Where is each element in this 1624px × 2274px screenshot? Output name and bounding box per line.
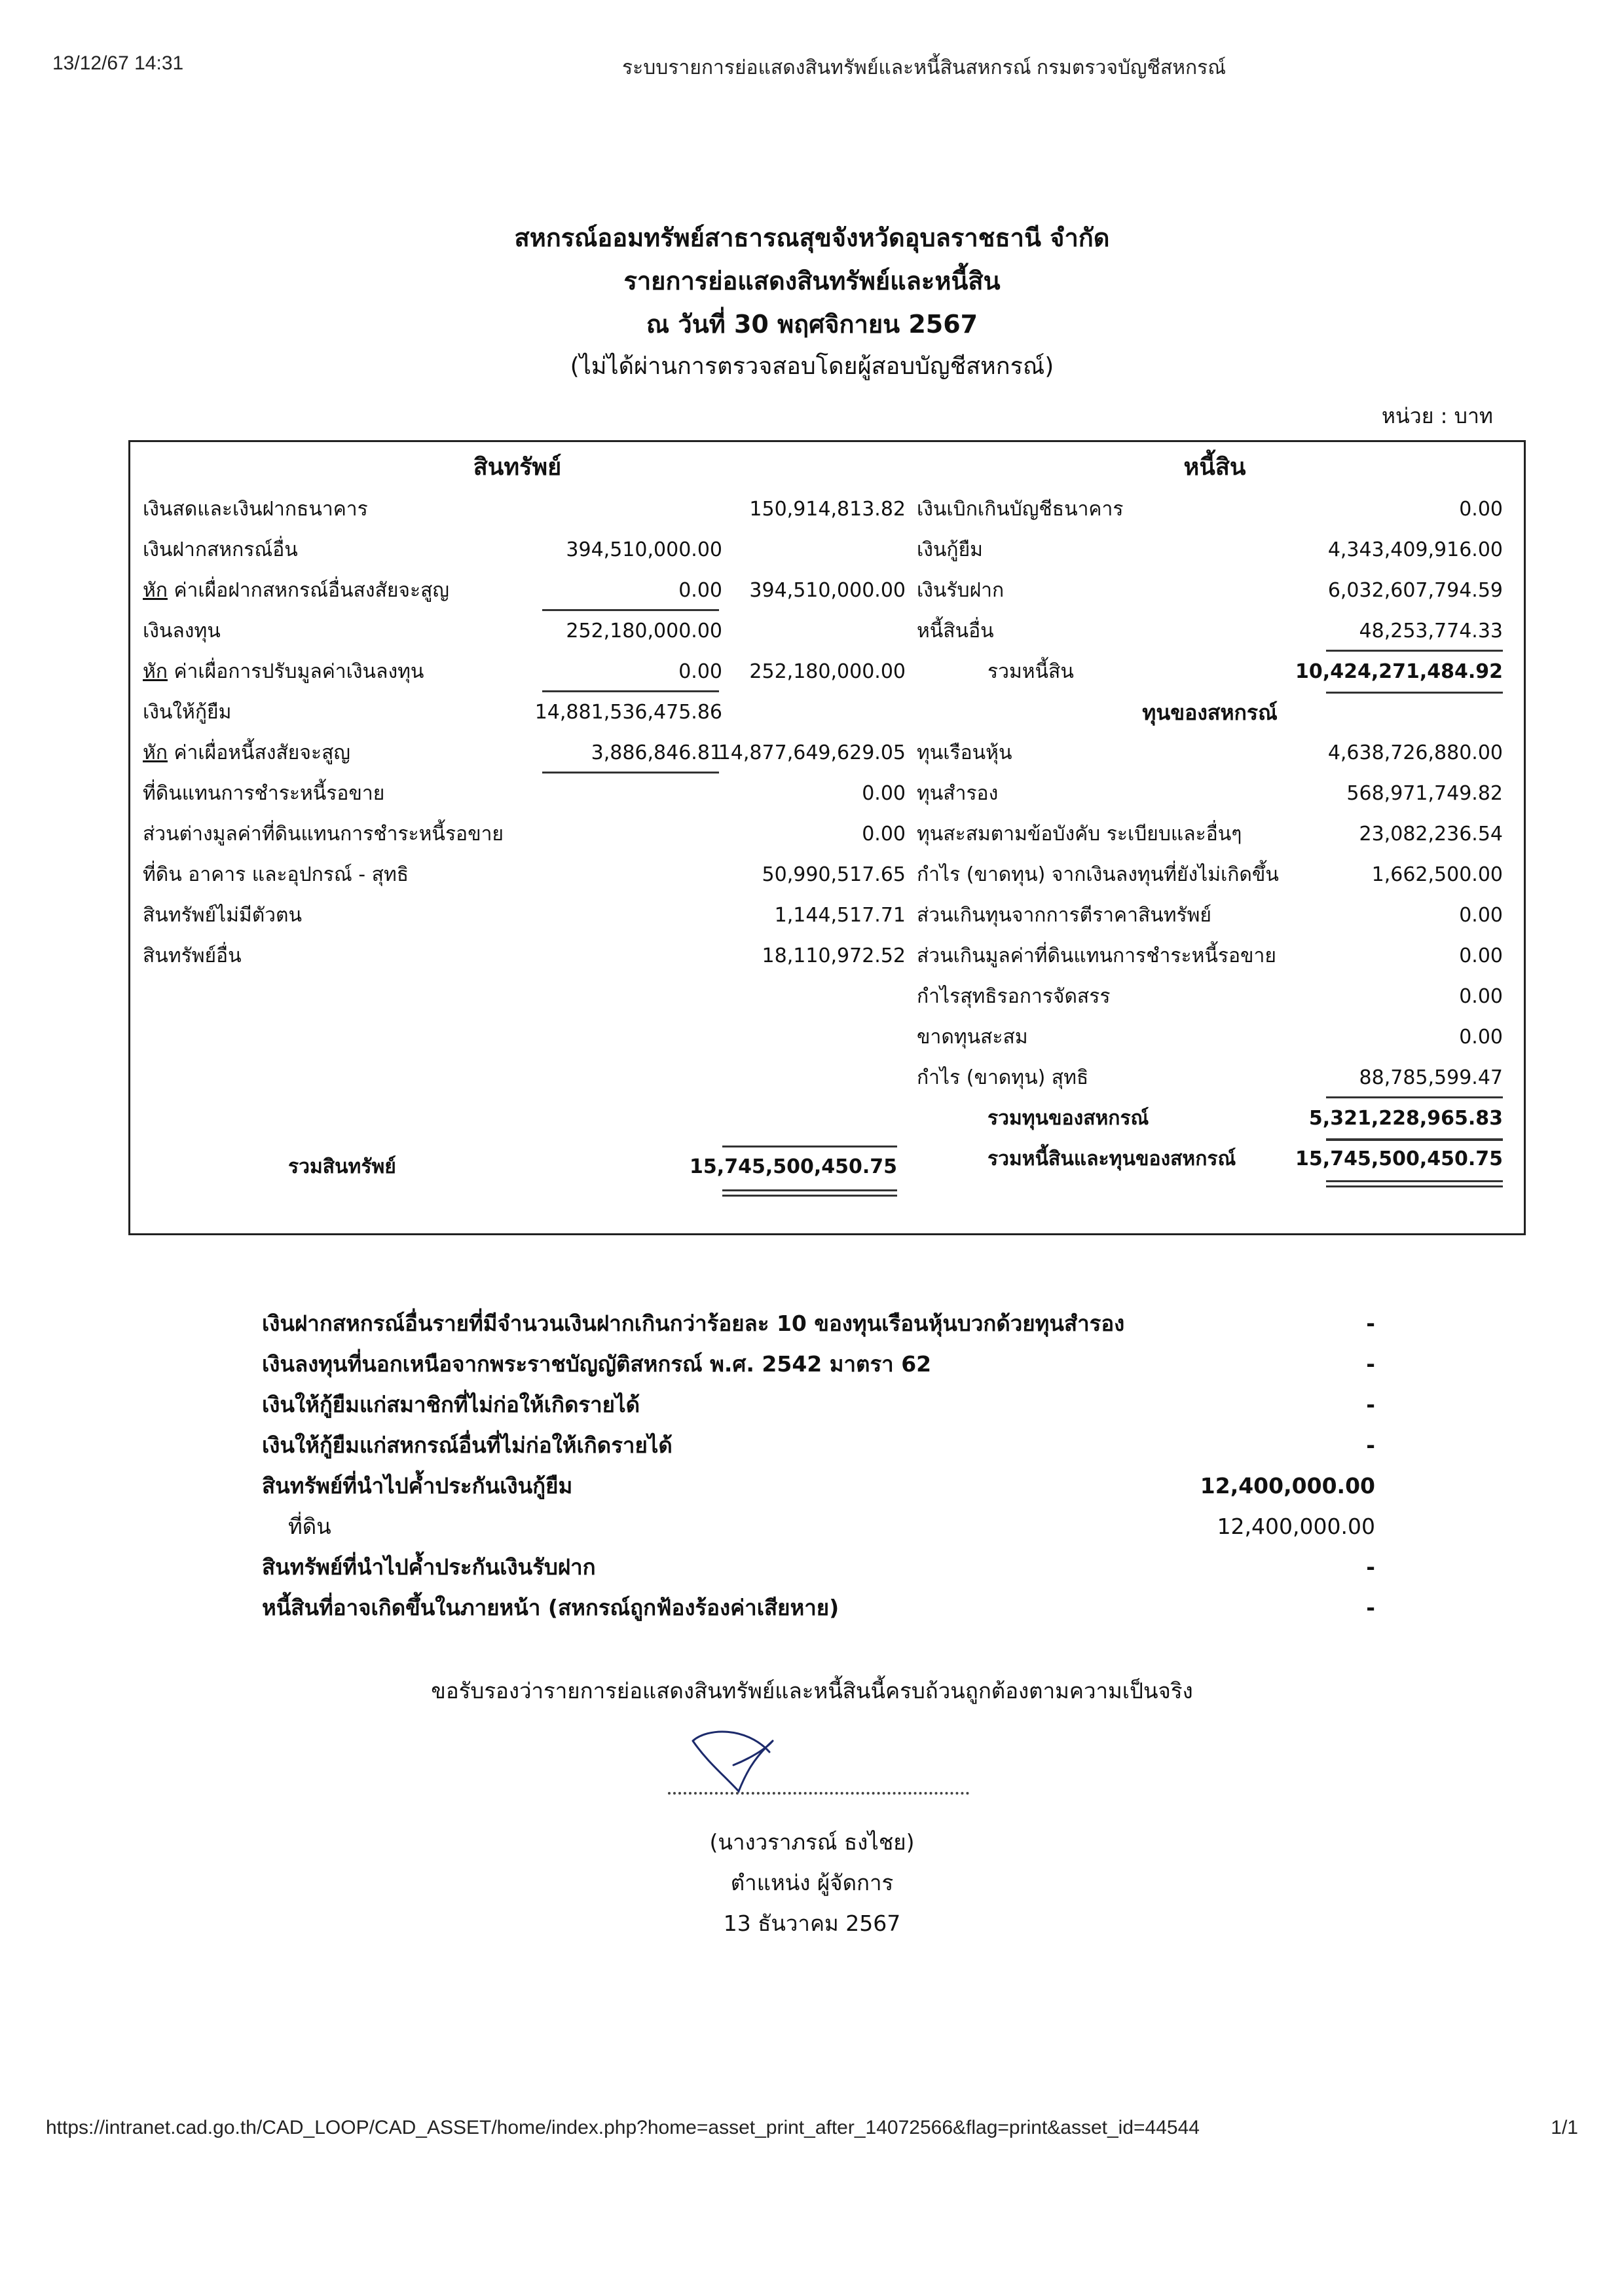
note-value: - xyxy=(1366,1303,1375,1344)
assets-heading: สินทรัพย์ xyxy=(131,448,904,485)
signature-icon xyxy=(688,1723,792,1795)
asset-label: เงินสดและเงินฝากธนาคาร xyxy=(143,490,368,529)
note-label: เงินลงทุนที่นอกเหนือจากพระราชบัญญัติสหกร… xyxy=(262,1344,931,1385)
equity-total-value: 5,321,228,965.83 xyxy=(1309,1099,1503,1138)
equity-row: ส่วนเกินมูลค่าที่ดินแทนการชำระหนี้รอขาย0… xyxy=(917,937,1503,976)
equity-value: 0.00 xyxy=(1459,977,1503,1016)
asset-label: ที่ดินแทนการชำระหนี้รอขาย xyxy=(143,774,384,813)
asset-row: หัก ค่าเผื่อหนี้สงสัยจะสูญ3,886,846.8114… xyxy=(143,734,906,773)
rule xyxy=(722,1146,897,1147)
note-row: เงินลงทุนที่นอกเหนือจากพระราชบัญญัติสหกร… xyxy=(262,1344,1375,1385)
asset-sub-value: 252,180,000.00 xyxy=(566,612,722,651)
print-datetime: 13/12/67 14:31 xyxy=(52,52,183,75)
liability-label: เงินเบิกเกินบัญชีธนาคาร xyxy=(917,490,1123,529)
note-value: - xyxy=(1366,1385,1375,1425)
note-row: หนี้สินที่อาจเกิดขึ้นในภายหน้า (สหกรณ์ถู… xyxy=(262,1588,1375,1628)
asset-label: เงินฝากสหกรณ์อื่น xyxy=(143,531,298,570)
equity-value: 88,785,599.47 xyxy=(1359,1058,1503,1098)
equity-row: ทุนเรือนหุ้น4,638,726,880.00 xyxy=(917,734,1503,773)
asset-row: เงินให้กู้ยืม14,881,536,475.86 xyxy=(143,693,906,732)
liability-row: เงินรับฝาก6,032,607,794.59 xyxy=(917,571,1503,610)
liability-row: เงินกู้ยืม4,343,409,916.00 xyxy=(917,531,1503,570)
equity-label: กำไร (ขาดทุน) สุทธิ xyxy=(917,1058,1088,1098)
equity-row: กำไร (ขาดทุน) จากเงินลงทุนที่ยังไม่เกิดข… xyxy=(917,855,1503,895)
asset-sub-value: 394,510,000.00 xyxy=(566,531,722,570)
liabilities-total-label: รวมหนี้สิน xyxy=(987,652,1074,692)
liabilities-total: รวมหนี้สิน10,424,271,484.92 xyxy=(917,652,1503,692)
liabilities-total-value: 10,424,271,484.92 xyxy=(1295,652,1503,692)
audit-note: (ไม่ได้ผ่านการตรวจสอบโดยผู้สอบบัญชีสหกรณ… xyxy=(0,347,1624,384)
equity-total: รวมทุนของสหกรณ์5,321,228,965.83 xyxy=(917,1099,1503,1138)
note-row: เงินฝากสหกรณ์อื่นรายที่มีจำนวนเงินฝากเกิ… xyxy=(262,1303,1375,1344)
report-title: รายการย่อแสดงสินทรัพย์และหนี้สิน xyxy=(0,261,1624,301)
system-title: ระบบรายการย่อแสดงสินทรัพย์และหนี้สินสหกร… xyxy=(622,52,1226,83)
asset-row: สินทรัพย์ไม่มีตัวตน1,144,517.71 xyxy=(143,896,906,935)
liability-value: 0.00 xyxy=(1459,490,1503,529)
unit-label: หน่วย : บาท xyxy=(1382,400,1493,433)
asset-value: 150,914,813.82 xyxy=(749,490,906,529)
liability-value: 4,343,409,916.00 xyxy=(1328,531,1503,570)
equity-value: 23,082,236.54 xyxy=(1359,815,1503,854)
note-value: - xyxy=(1366,1588,1375,1628)
equity-row: ขาดทุนสะสม0.00 xyxy=(917,1018,1503,1057)
deduct-prefix: หัก xyxy=(143,660,168,683)
equity-value: 568,971,749.82 xyxy=(1346,774,1503,813)
certification-statement: ขอรับรองว่ารายการย่อแสดงสินทรัพย์และหนี้… xyxy=(0,1673,1624,1708)
equity-value: 1,662,500.00 xyxy=(1372,855,1503,895)
note-value: 12,400,000.00 xyxy=(1200,1466,1375,1506)
asset-label: หัก ค่าเผื่อการปรับมูลค่าเงินลงทุน xyxy=(143,652,424,692)
equity-row: ทุนสะสมตามข้อบังคับ ระเบียบและอื่นๆ23,08… xyxy=(917,815,1503,854)
note-row: เงินให้กู้ยืมแก่สหกรณ์อื่นที่ไม่ก่อให้เก… xyxy=(262,1425,1375,1466)
assets-total-value: 15,745,500,450.75 xyxy=(720,1147,897,1187)
rule xyxy=(1326,650,1503,652)
asset-row: สินทรัพย์อื่น18,110,972.52 xyxy=(143,937,906,976)
equity-row: ส่วนเกินทุนจากการตีราคาสินทรัพย์0.00 xyxy=(917,896,1503,935)
liability-value: 48,253,774.33 xyxy=(1359,612,1503,651)
equity-row: กำไร (ขาดทุน) สุทธิ88,785,599.47 xyxy=(917,1058,1503,1098)
asset-row: เงินสดและเงินฝากธนาคาร150,914,813.82 xyxy=(143,490,906,529)
note-value: - xyxy=(1366,1547,1375,1588)
equity-label: กำไร (ขาดทุน) จากเงินลงทุนที่ยังไม่เกิดข… xyxy=(917,855,1279,895)
equity-label: ส่วนเกินมูลค่าที่ดินแทนการชำระหนี้รอขาย xyxy=(917,937,1276,976)
asset-value: 394,510,000.00 xyxy=(749,571,906,610)
asset-row: ที่ดิน อาคาร และอุปกรณ์ - สุทธิ50,990,51… xyxy=(143,855,906,895)
asset-sub-value: 0.00 xyxy=(678,571,722,610)
asset-value: 18,110,972.52 xyxy=(762,937,906,976)
equity-row: ทุนสำรอง568,971,749.82 xyxy=(917,774,1503,813)
deduct-prefix: หัก xyxy=(143,741,168,764)
note-label: เงินฝากสหกรณ์อื่นรายที่มีจำนวนเงินฝากเกิ… xyxy=(262,1303,1124,1344)
asset-label: สินทรัพย์อื่น xyxy=(143,937,242,976)
liability-label: หนี้สินอื่น xyxy=(917,612,994,651)
asset-value: 1,144,517.71 xyxy=(775,896,906,935)
equity-label: ส่วนเกินทุนจากการตีราคาสินทรัพย์ xyxy=(917,896,1211,935)
asset-value: 252,180,000.00 xyxy=(749,652,906,692)
org-name: สหกรณ์ออมทรัพย์สาธารณสุขจังหวัดอุบลราชธา… xyxy=(0,217,1624,257)
equity-value: 0.00 xyxy=(1459,937,1503,976)
equity-value: 4,638,726,880.00 xyxy=(1328,734,1503,773)
asset-row: ส่วนต่างมูลค่าที่ดินแทนการชำระหนี้รอขาย0… xyxy=(143,815,906,854)
asset-row: เงินฝากสหกรณ์อื่น394,510,000.00 xyxy=(143,531,906,570)
note-label: หนี้สินที่อาจเกิดขึ้นในภายหน้า (สหกรณ์ถู… xyxy=(262,1588,839,1628)
asset-row: เงินลงทุน252,180,000.00 xyxy=(143,612,906,651)
grand-total-label: รวมหนี้สินและทุนของสหกรณ์ xyxy=(987,1140,1236,1179)
double-rule xyxy=(1326,1180,1503,1187)
equity-row: กำไรสุทธิรอการจัดสรร0.00 xyxy=(917,977,1503,1016)
liabilities-heading: หนี้สิน xyxy=(910,448,1519,485)
asset-label: หัก ค่าเผื่อหนี้สงสัยจะสูญ xyxy=(143,734,350,773)
double-rule xyxy=(722,1189,897,1197)
signed-date: 13 ธันวาคม 2567 xyxy=(0,1906,1624,1941)
asset-label: เงินลงทุน xyxy=(143,612,221,651)
asset-value: 50,990,517.65 xyxy=(762,855,906,895)
note-row: ที่ดิน12,400,000.00 xyxy=(262,1506,1375,1547)
asset-label: ที่ดิน อาคาร และอุปกรณ์ - สุทธิ xyxy=(143,855,409,895)
note-label: สินทรัพย์ที่นำไปค้ำประกันเงินรับฝาก xyxy=(262,1547,596,1588)
equity-label: กำไรสุทธิรอการจัดสรร xyxy=(917,977,1110,1016)
note-value: 12,400,000.00 xyxy=(1217,1506,1375,1547)
rule xyxy=(542,690,719,692)
asset-value: 0.00 xyxy=(862,815,906,854)
rule xyxy=(1326,1096,1503,1098)
asset-label: ส่วนต่างมูลค่าที่ดินแทนการชำระหนี้รอขาย xyxy=(143,815,504,854)
note-label: เงินให้กู้ยืมแก่สมาชิกที่ไม่ก่อให้เกิดรา… xyxy=(262,1385,640,1425)
note-label: สินทรัพย์ที่นำไปค้ำประกันเงินกู้ยืม xyxy=(262,1466,572,1506)
equity-label: ทุนเรือนหุ้น xyxy=(917,734,1012,773)
asset-row: หัก ค่าเผื่อฝากสหกรณ์อื่นสงสัยจะสูญ0.003… xyxy=(143,571,906,610)
asset-value: 14,877,649,629.05 xyxy=(718,734,906,773)
note-value: - xyxy=(1366,1344,1375,1385)
grand-total: รวมหนี้สินและทุนของสหกรณ์15,745,500,450.… xyxy=(917,1140,1503,1179)
equity-label: ขาดทุนสะสม xyxy=(917,1018,1028,1057)
liability-value: 6,032,607,794.59 xyxy=(1328,571,1503,610)
asset-sub-value: 14,881,536,475.86 xyxy=(535,693,722,732)
asset-row: หัก ค่าเผื่อการปรับมูลค่าเงินลงทุน0.0025… xyxy=(143,652,906,692)
equity-value: 0.00 xyxy=(1459,896,1503,935)
asset-row: ที่ดินแทนการชำระหนี้รอขาย0.00 xyxy=(143,774,906,813)
liability-row: เงินเบิกเกินบัญชีธนาคาร0.00 xyxy=(917,490,1503,529)
note-row: สินทรัพย์ที่นำไปค้ำประกันเงินรับฝาก- xyxy=(262,1547,1375,1588)
note-row: สินทรัพย์ที่นำไปค้ำประกันเงินกู้ยืม12,40… xyxy=(262,1466,1375,1506)
liability-row: หนี้สินอื่น48,253,774.33 xyxy=(917,612,1503,651)
page-url: https://intranet.cad.go.th/CAD_LOOP/CAD_… xyxy=(46,2117,1200,2139)
signature-line xyxy=(668,1792,969,1795)
signer-position: ตำแหน่ง ผู้จัดการ xyxy=(0,1865,1624,1900)
page-number: 1/1 xyxy=(1551,2117,1578,2139)
grand-total-value: 15,745,500,450.75 xyxy=(1295,1140,1503,1179)
note-label: ที่ดิน xyxy=(262,1506,331,1547)
note-row: เงินให้กู้ยืมแก่สมาชิกที่ไม่ก่อให้เกิดรา… xyxy=(262,1385,1375,1425)
asset-label: สินทรัพย์ไม่มีตัวตน xyxy=(143,896,302,935)
rule xyxy=(542,609,719,611)
asset-sub-value: 3,886,846.81 xyxy=(591,734,722,773)
liability-label: เงินรับฝาก xyxy=(917,571,1004,610)
deduct-prefix: หัก xyxy=(143,579,168,602)
note-label: เงินให้กู้ยืมแก่สหกรณ์อื่นที่ไม่ก่อให้เก… xyxy=(262,1425,673,1466)
equity-label: ทุนสำรอง xyxy=(917,774,998,813)
asset-label: หัก ค่าเผื่อฝากสหกรณ์อื่นสงสัยจะสูญ xyxy=(143,571,449,610)
rule xyxy=(542,772,719,774)
report-date: ณ วันที่ 30 พฤศจิกายน 2567 xyxy=(0,304,1624,344)
equity-value: 0.00 xyxy=(1459,1018,1503,1057)
signer-name: (นางวราภรณ์ ธงไชย) xyxy=(0,1825,1624,1859)
equity-heading: ทุนของสหกรณ์ xyxy=(917,693,1503,732)
asset-value: 0.00 xyxy=(862,774,906,813)
assets-total-label: รวมสินทรัพย์ xyxy=(288,1147,550,1187)
liability-label: เงินกู้ยืม xyxy=(917,531,983,570)
asset-sub-value: 0.00 xyxy=(678,652,722,692)
equity-total-label: รวมทุนของสหกรณ์ xyxy=(987,1099,1149,1138)
equity-label: ทุนสะสมตามข้อบังคับ ระเบียบและอื่นๆ xyxy=(917,815,1242,854)
note-value: - xyxy=(1366,1425,1375,1466)
asset-label: เงินให้กู้ยืม xyxy=(143,693,231,732)
